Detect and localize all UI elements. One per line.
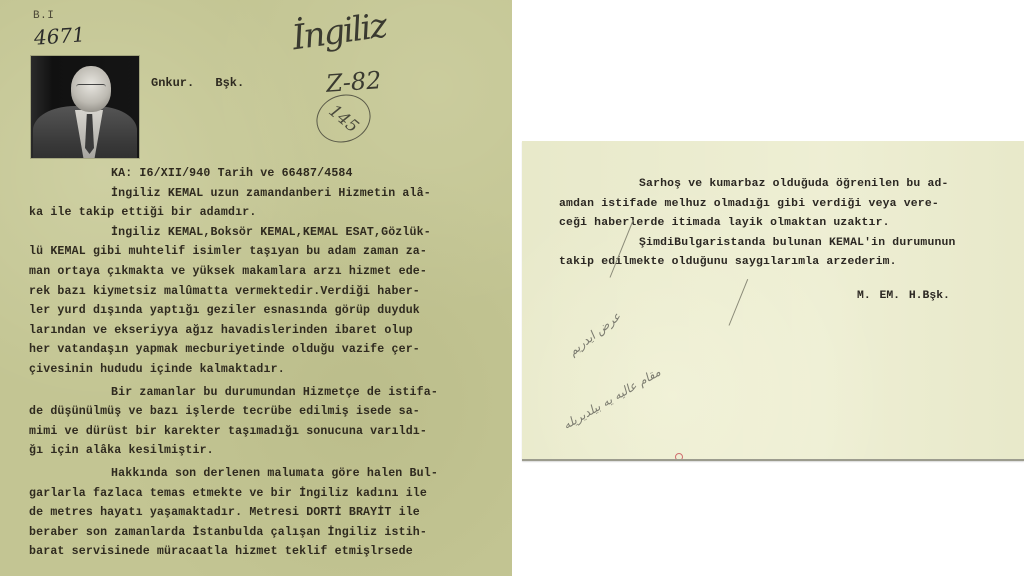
addressee-line: Gnkur. Bşk. bbox=[151, 76, 244, 90]
text-line: ŞimdiBulgaristanda bulunan KEMAL'in duru… bbox=[559, 234, 1019, 254]
right-document-body: Sarhoş ve kumarbaz olduğuda öğrenilen bu… bbox=[559, 175, 1019, 273]
left-document-page: B.I 4671 Gnkur. Bşk. İngiliz Z-82 145 KA… bbox=[0, 0, 512, 576]
text-line: Hakkında son derlenen malumata göre hale… bbox=[29, 464, 489, 484]
ottoman-handwritten-note: ﻋﺮﺽ ﺍﻳﺪﺭﻳﻢ bbox=[566, 309, 624, 358]
reference-code: B.I bbox=[33, 10, 54, 22]
text-line: Sarhoş ve kumarbaz olduğuda öğrenilen bu… bbox=[559, 175, 1019, 195]
handwritten-note-code: Z-82 bbox=[325, 66, 382, 98]
handwritten-note-word: İngiliz bbox=[290, 6, 388, 59]
text-line: ka ile takip ettiği bir adamdır. bbox=[29, 203, 489, 223]
text-line: ler yurd dışında yaptığı geziler esnasın… bbox=[29, 301, 489, 321]
portrait-photo bbox=[31, 56, 139, 158]
text-line: çivesinin hududu içinde kalmaktadır. bbox=[29, 360, 489, 380]
text-line: garlarla fazlaca temas etmekte ve bir İn… bbox=[29, 484, 489, 504]
text-line: amdan istifade melhuz olmadığı gibi verd… bbox=[559, 195, 1019, 215]
red-ink-mark bbox=[675, 453, 683, 461]
text-line: her vatandaşın yapmak mecburiyetinde old… bbox=[29, 340, 489, 360]
text-line: barat servisinede müracaatla hizmet tekl… bbox=[29, 542, 489, 562]
text-line: beraber son zamanlarda İstanbulda çalışa… bbox=[29, 523, 489, 543]
left-document-body: KA: I6/XII/940 Tarih ve 66487/4584 İngil… bbox=[29, 164, 489, 562]
text-line: mimi ve dürüst bir karekter taşımadığı s… bbox=[29, 422, 489, 442]
text-line: lü KEMAL gibi muhtelif isimler taşıyan b… bbox=[29, 242, 489, 262]
text-line: ğı için alâka kesilmiştir. bbox=[29, 441, 489, 461]
signature-line: M. EM. H.Bşk. bbox=[857, 290, 950, 302]
handwritten-file-number: 4671 bbox=[33, 22, 85, 49]
text-line: de düşünülmüş ve bazı işlerde tecrübe ed… bbox=[29, 402, 489, 422]
document-viewer: B.I 4671 Gnkur. Bşk. İngiliz Z-82 145 KA… bbox=[0, 0, 1024, 576]
text-line: man ortaya çıkmakta ve yüksek makamlara … bbox=[29, 262, 489, 282]
text-line: de metres hayatı yaşamaktadır. Metresi D… bbox=[29, 503, 489, 523]
pencil-stroke bbox=[729, 279, 749, 326]
ottoman-handwritten-note: ﻣﻘﺎﻡ ﻋﺎﻟﻴﻪ ﻳﻪ ﺑﻴﻠﺪﻳﺮﻳﻠﻪ bbox=[561, 365, 664, 432]
text-line: larından ve ekseriyya ağız havadislerind… bbox=[29, 321, 489, 341]
text-line: İngiliz KEMAL,Boksör KEMAL,KEMAL ESAT,Gö… bbox=[29, 223, 489, 243]
text-line: KA: I6/XII/940 Tarih ve 66487/4584 bbox=[29, 164, 489, 184]
text-line: rek bazı kiymetsiz malûmatta vermektedir… bbox=[29, 282, 489, 302]
text-line: Bir zamanlar bu durumundan Hizmetçe de i… bbox=[29, 383, 489, 403]
right-document-page: Sarhoş ve kumarbaz olduğuda öğrenilen bu… bbox=[522, 141, 1024, 461]
text-line: İngiliz KEMAL uzun zamandanberi Hizmetin… bbox=[29, 184, 489, 204]
circled-number: 145 bbox=[325, 100, 363, 136]
circled-number-stamp: 145 bbox=[310, 87, 378, 150]
text-line: takip edilmekte olduğunu saygılarımla ar… bbox=[559, 253, 1019, 273]
